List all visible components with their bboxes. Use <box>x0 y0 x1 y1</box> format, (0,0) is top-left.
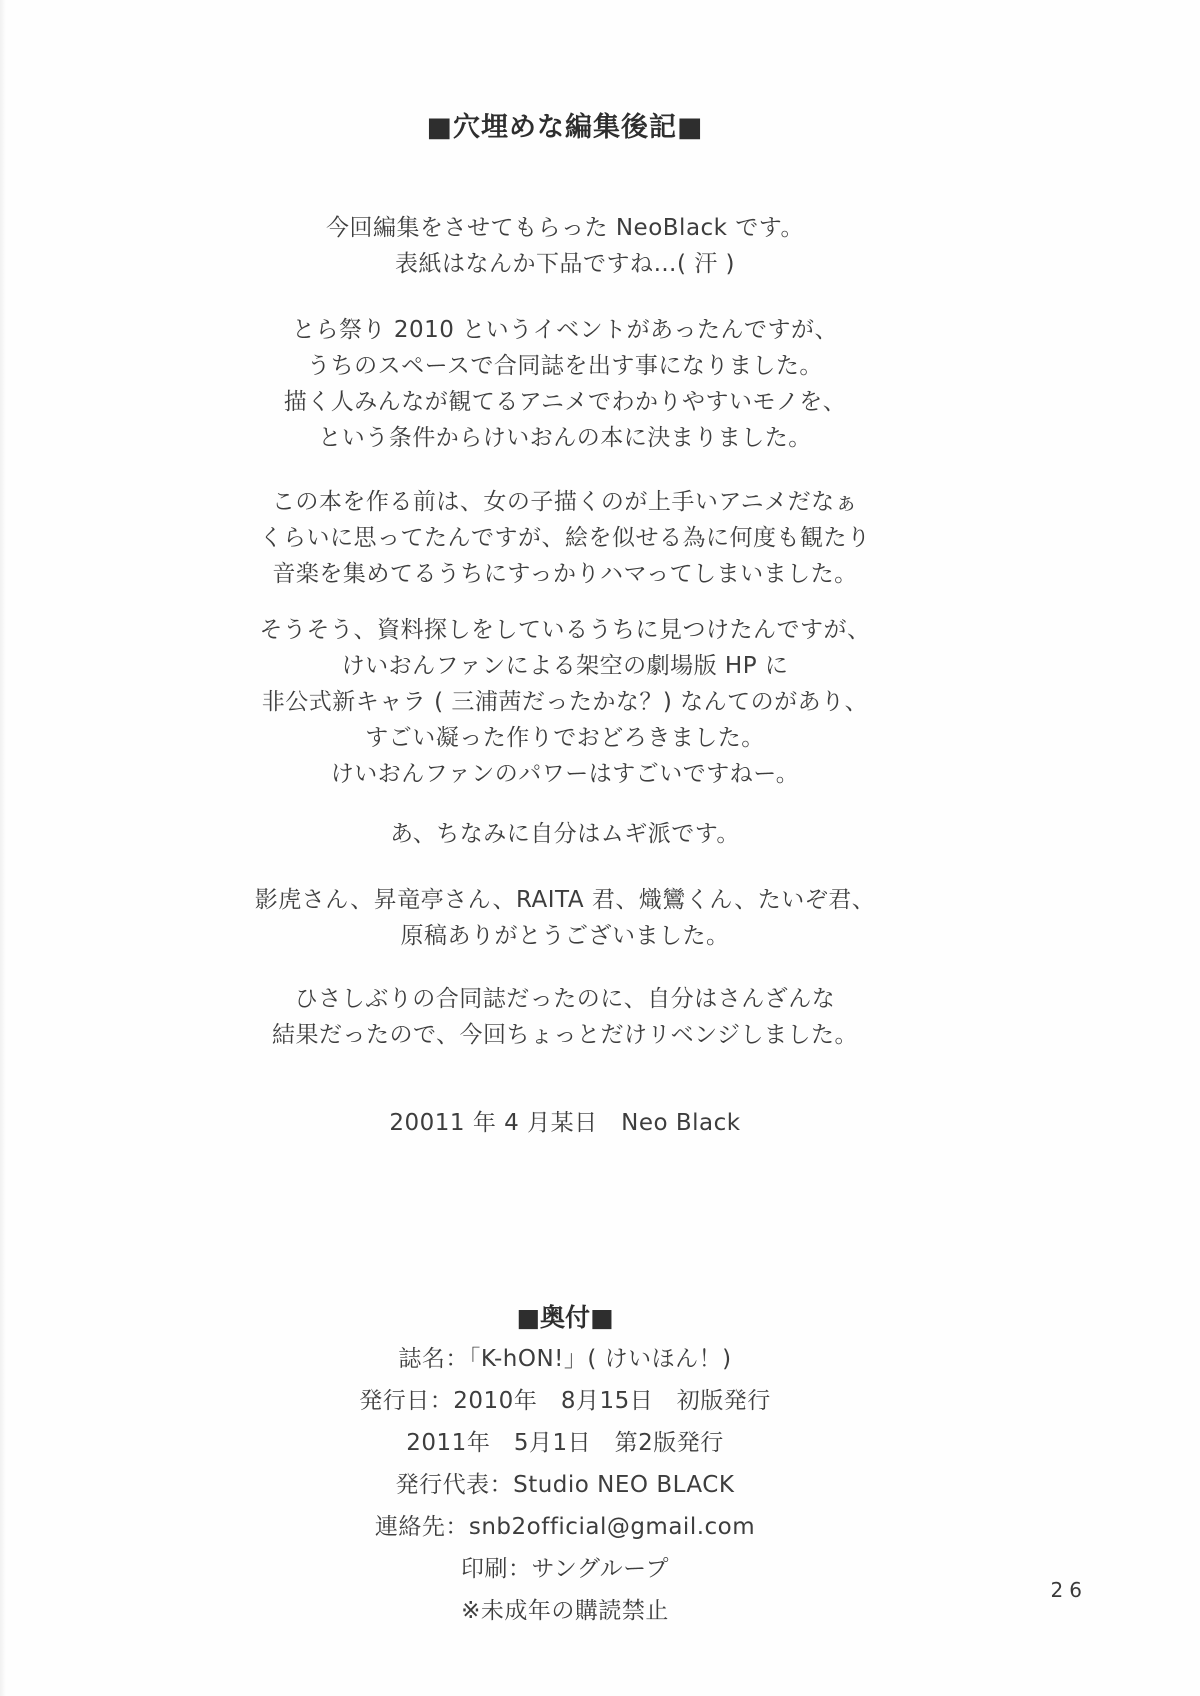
afterword-line: 原稿ありがとうございました。 <box>0 918 1130 954</box>
colophon-line-second-print-date: 2011年 5月1日 第2版発行 <box>0 1422 1130 1464</box>
afterword-line: 影虎さん、昇竜亭さん、RAITA 君、熾鸞くん、たいぞ君、 <box>0 882 1130 918</box>
page-number: 26 <box>1051 1578 1088 1602</box>
afterword-signature: 20011 年 4 月某日 Neo Black <box>0 1105 1130 1141</box>
colophon-title: ■奥付■ <box>0 1298 1130 1338</box>
afterword-paragraph: あ、ちなみに自分はムギ派です。 <box>0 816 1130 852</box>
afterword-paragraph: 影虎さん、昇竜亭さん、RAITA 君、熾鸞くん、たいぞ君、 原稿ありがとうござい… <box>0 882 1130 954</box>
afterword-paragraph: ひさしぶりの合同誌だったのに、自分はさんざんな 結果だったので、今回ちょっとだけ… <box>0 981 1130 1053</box>
colophon-line-magazine-title: 誌名：「K-hON!」( けいほん！) <box>0 1338 1130 1380</box>
afterword-line: けいおんファンによる架空の劇場版 HP に <box>0 648 1130 684</box>
afterword-line: あ、ちなみに自分はムギ派です。 <box>0 816 1130 852</box>
afterword-line: 非公式新キャラ ( 三浦茜だったかな？) なんてのがあり、 <box>0 684 1130 720</box>
colophon-line-publisher: 発行代表：Studio NEO BLACK <box>0 1464 1130 1506</box>
afterword-line: うちのスペースで合同誌を出す事になりました。 <box>0 348 1130 384</box>
afterword-line: 今回編集をさせてもらった NeoBlack です。 <box>0 210 1130 246</box>
afterword-paragraph: とら祭り 2010 というイベントがあったんですが、 うちのスペースで合同誌を出… <box>0 312 1130 456</box>
afterword-line: くらいに思ってたんですが、絵を似せる為に何度も観たり <box>0 520 1130 556</box>
afterword-line: 結果だったので、今回ちょっとだけリベンジしました。 <box>0 1017 1130 1053</box>
colophon-line-age-restriction: ※未成年の購読禁止 <box>0 1590 1130 1632</box>
afterword-paragraph: そうそう、資料探しをしているうちに見つけたんですが、 けいおんファンによる架空の… <box>0 612 1130 792</box>
afterword-line: ひさしぶりの合同誌だったのに、自分はさんざんな <box>0 981 1130 1017</box>
afterword-line: という条件からけいおんの本に決まりました。 <box>0 420 1130 456</box>
afterword-line: 音楽を集めてるうちにすっかりハマってしまいました。 <box>0 556 1130 592</box>
afterword-line: この本を作る前は、女の子描くのが上手いアニメだなぁ <box>0 484 1130 520</box>
page-content: ■穴埋めな編集後記■ 今回編集をさせてもらった NeoBlack です。 表紙は… <box>0 0 1130 1632</box>
afterword-line: けいおんファンのパワーはすごいですねー。 <box>0 756 1130 792</box>
afterword-line: そうそう、資料探しをしているうちに見つけたんですが、 <box>0 612 1130 648</box>
colophon-line-printer: 印刷：サングループ <box>0 1548 1130 1590</box>
colophon: ■奥付■ 誌名：「K-hON!」( けいほん！) 発行日：2010年 8月15日… <box>0 1298 1130 1632</box>
afterword-line: すごい凝った作りでおどろきました。 <box>0 720 1130 756</box>
afterword-line: 描く人みんなが観てるアニメでわかりやすいモノを、 <box>0 384 1130 420</box>
afterword-paragraph: この本を作る前は、女の子描くのが上手いアニメだなぁ くらいに思ってたんですが、絵… <box>0 484 1130 592</box>
afterword-paragraph: 今回編集をさせてもらった NeoBlack です。 表紙はなんか下品ですね…( … <box>0 210 1130 282</box>
scanned-doujinshi-page: ■穴埋めな編集後記■ 今回編集をさせてもらった NeoBlack です。 表紙は… <box>0 0 1200 1696</box>
colophon-line-contact-email: 連絡先：snb2official@gmail.com <box>0 1506 1130 1548</box>
colophon-line-first-print-date: 発行日：2010年 8月15日 初版発行 <box>0 1380 1130 1422</box>
afterword-line: とら祭り 2010 というイベントがあったんですが、 <box>0 312 1130 348</box>
afterword-line: 表紙はなんか下品ですね…( 汗 ) <box>0 246 1130 282</box>
afterword-title: ■穴埋めな編集後記■ <box>0 0 1130 148</box>
